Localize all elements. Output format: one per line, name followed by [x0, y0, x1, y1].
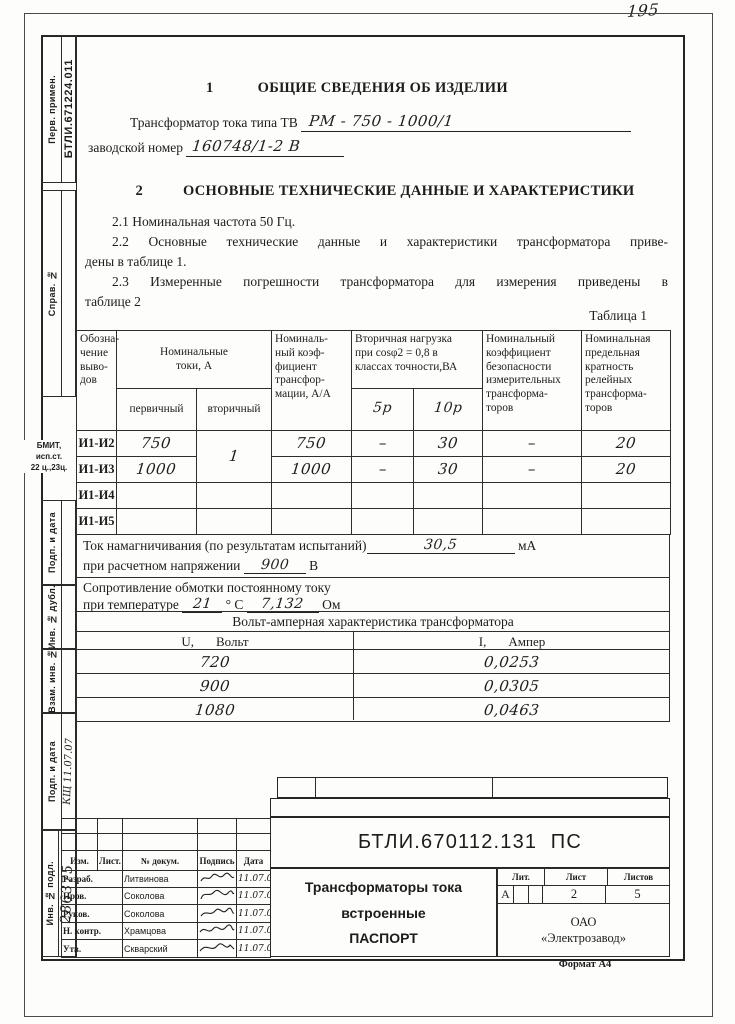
mult-cell: 20 — [582, 457, 671, 483]
va-i-unit: Ампер — [508, 634, 545, 649]
role-cell: Утв. — [62, 940, 123, 958]
load10-cell: 30 — [414, 457, 483, 483]
table1-header-ratio: Номиналь- ный коэф- фициент трансфор- ма… — [272, 331, 352, 431]
col-list: Лист. — [98, 851, 123, 871]
magnetization-line: Ток намагничивания (по результатам испыт… — [83, 537, 536, 554]
signature-cell — [198, 905, 237, 923]
table1-row-i1i5: И1-И5 — [77, 509, 671, 535]
va-row-i: 0,0463 — [353, 701, 671, 719]
stamp-podp-data-2-label-cell: Подп. и дата — [42, 714, 62, 829]
stamp-sprav-label-cell: Справ. № — [42, 191, 62, 396]
empty-cell — [98, 834, 123, 851]
signature-table: Изм. Лист. № докум. Подпись Дата Разраб.… — [61, 818, 271, 958]
divider-line — [77, 649, 669, 650]
va-row-u: 900 — [77, 677, 353, 695]
empty-cell — [198, 834, 237, 851]
stamp-podp-data-2: Подп. и дата КЩ 11.07.07 — [41, 713, 76, 830]
stamp-inv-dubl-value-cell — [62, 586, 75, 648]
section2-number: 2 — [135, 183, 143, 199]
divider-line — [77, 577, 669, 578]
voltage-underline: 900 — [244, 557, 306, 574]
safety-cell — [483, 483, 582, 509]
secondary-cell — [197, 483, 272, 509]
magnetization-value: 30,5 — [423, 537, 458, 553]
va-row-u: 1080 — [77, 701, 353, 719]
resistance-title-line: Сопротивление обмотки постоянному току — [83, 580, 331, 596]
serial-label: заводской номер — [88, 140, 183, 155]
va-u-unit: Вольт — [216, 634, 249, 649]
load10-cell — [414, 483, 483, 509]
date-cell: 11.07.07 — [237, 905, 271, 923]
type-value-handwritten: РМ - 750 - 1000/1 — [308, 112, 455, 131]
load10-cell: 30 — [414, 431, 483, 457]
table1-header-terminals: Обозна- чение выво- дов — [77, 331, 117, 431]
strip-cell — [493, 778, 667, 797]
divider-line — [77, 673, 669, 674]
section1-title: ОБЩИЕ СВЕДЕНИЯ ОБ ИЗДЕЛИИ — [258, 80, 508, 96]
para-2-3-line1: 2.3 Измеренные погрешности трансформатор… — [112, 272, 668, 291]
type-label: Трансформатор тока типа ТВ — [130, 115, 298, 130]
stamp-podp-data-1: Подп. и дата — [41, 500, 76, 585]
lit-value-row: А 2 5 — [497, 886, 670, 904]
signature-row: Пров. Соколова 11.07.07 — [62, 888, 271, 905]
para-2-2-line2: дены в таблице 1. — [85, 252, 187, 271]
table1-row-i1i3: И1-И3 1000 1000 – 30 – 20 — [77, 457, 671, 483]
titleblock-thin-row — [270, 798, 670, 817]
resistance-value: 7,132 — [261, 596, 305, 612]
section1-heading: 1ОБЩИЕ СВЕДЕНИЯ ОБ ИЗДЕЛИИ — [77, 80, 637, 97]
table1-header-load10-handwritten: 10р — [414, 389, 483, 431]
signature-icon — [199, 942, 235, 954]
section2-heading: 2ОСНОВНЫЕ ТЕХНИЧЕСКИЕ ДАННЫЕ И ХАРАКТЕРИ… — [90, 183, 680, 200]
podp-data-1-label: Подп. и дата — [47, 512, 57, 573]
ratio-cell — [272, 509, 352, 535]
safety-cell: – — [483, 431, 582, 457]
col-izm: Изм. — [62, 851, 98, 871]
section1-number: 1 — [206, 80, 214, 96]
name-cell: Скварский — [123, 940, 198, 958]
date-cell: 11.07.07 — [237, 871, 271, 888]
primary-cell: 1000 — [117, 457, 197, 483]
secondary-cell: 1 — [197, 431, 272, 483]
table1-header-load: Вторичная нагрузка при cosφ2 = 0,8 в кла… — [352, 331, 483, 389]
empty-cell — [237, 834, 271, 851]
magnetization-label: Ток намагничивания (по результатам испыт… — [83, 538, 367, 553]
empty-cell — [198, 819, 237, 834]
perv-primen-value: БТЛИ.671224.011 — [63, 59, 75, 158]
listov-header: Листов — [608, 869, 669, 885]
stamp-podp-data-1-label-cell: Подп. и дата — [42, 501, 62, 584]
stamp-vzam-inv-label-cell: Взам. инв. № — [42, 650, 62, 712]
mult-cell — [582, 509, 671, 535]
para-2-2-line1: 2.2 Основные технические данные и характ… — [112, 232, 668, 251]
stamp-podp-data-2-value-cell: КЩ 11.07.07 — [62, 714, 75, 829]
product-name-cell: Трансформаторы тока встроенные ПАСПОРТ — [270, 868, 497, 957]
load5-cell — [352, 509, 414, 535]
empty-cell — [123, 834, 198, 851]
table1-header-currents: Номинальные токи, А — [117, 331, 272, 389]
mult-cell — [582, 483, 671, 509]
stamp-inv-dubl: Инв. № дубл. — [41, 585, 76, 649]
signature-icon — [199, 889, 235, 901]
date-cell: 11.07.07 — [237, 923, 271, 940]
stamp-perv-primen-label-cell: Перв. примен. — [42, 36, 62, 182]
signature-row: Н. контр. Храмцова 11.07.07 — [62, 923, 271, 940]
doc-number-cell: БТЛИ.670112.131 ПС — [270, 817, 670, 868]
podp-data-2-label: Подп. и дата — [47, 741, 57, 802]
serial-value-underline: 160748/1-2 В — [186, 137, 344, 157]
table1-header-safety: Номинальный коэффициент безопасности изм… — [483, 331, 582, 431]
empty-cell — [237, 819, 271, 834]
stamp-sprav-value-cell — [62, 191, 75, 396]
empty-cell — [123, 819, 198, 834]
signature-icon — [199, 872, 235, 884]
signature-row: Утв. Скварский 11.07.07 — [62, 940, 271, 958]
va-title: Вольт-амперная характеристика трансформа… — [77, 614, 669, 630]
product-line3: ПАСПОРТ — [349, 930, 418, 946]
org-line1: ОАО — [571, 914, 597, 930]
table1-row-i1i2: И1-И2 750 1 750 – 30 – 20 — [77, 431, 671, 457]
product-line2: встроенные — [341, 905, 425, 921]
col-sign: Подпись — [198, 851, 237, 871]
table1-header-mult: Номинальная предельная кратность релейны… — [582, 331, 671, 431]
stamp-vzam-inv-value-cell — [62, 650, 75, 712]
mult-cell: 20 — [582, 431, 671, 457]
strip-cell — [316, 778, 493, 797]
lit-header: Лит. — [498, 869, 545, 885]
magnetization-unit: мА — [518, 538, 536, 553]
va-row-u: 720 — [77, 653, 353, 671]
sprav-label: Справ. № — [47, 270, 57, 316]
role-cell: Руков. — [62, 905, 123, 923]
temp-value: 21 — [192, 596, 213, 612]
ratio-cell — [272, 483, 352, 509]
name-cell: Литвинова — [123, 871, 198, 888]
stamp-perv-primen: Перв. примен. БТЛИ.671224.011 — [41, 35, 76, 183]
terminal-cell: И1-И3 — [77, 457, 117, 483]
magnetization-underline: 30,5 — [367, 537, 515, 554]
signature-cell — [198, 888, 237, 905]
terminal-cell: И1-И2 — [77, 431, 117, 457]
signature-icon — [199, 907, 235, 919]
empty-cell — [98, 819, 123, 834]
table1-caption: Таблица 1 — [77, 306, 647, 325]
titleblock-top-strip — [277, 777, 668, 798]
load5-cell: – — [352, 457, 414, 483]
para-2-1: 2.1 Номинальная частота 50 Гц. — [112, 212, 295, 231]
divider-line — [77, 631, 669, 632]
podp-data-2-handwritten: КЩ 11.07.07 — [62, 738, 75, 805]
col-doc: № докум. — [123, 851, 198, 871]
ratio-cell: 1000 — [272, 457, 352, 483]
date-cell: 11.07.07 — [237, 940, 271, 958]
secondary-cell — [197, 509, 272, 535]
section2-title: ОСНОВНЫЕ ТЕХНИЧЕСКИЕ ДАННЫЕ И ХАРАКТЕРИС… — [183, 183, 634, 199]
empty-cell — [62, 834, 98, 851]
transformer-type-line: Трансформатор тока типа ТВ РМ - 750 - 10… — [130, 112, 631, 132]
signature-icon — [199, 924, 235, 936]
primary-cell — [117, 483, 197, 509]
date-cell: 11.07.07 — [237, 888, 271, 905]
name-cell: Соколова — [123, 888, 198, 905]
lit-value: А — [498, 886, 514, 903]
role-cell: Разраб. — [62, 871, 123, 888]
safety-cell — [483, 509, 582, 535]
stamp-inv-dubl-label-cell: Инв. № дубл. — [42, 586, 62, 648]
terminal-cell: И1-И5 — [77, 509, 117, 535]
lit-header-row: Лит. Лист Листов — [497, 868, 670, 886]
lit-value-3 — [529, 886, 543, 903]
listov-value: 5 — [606, 886, 669, 903]
role-cell: Пров. — [62, 888, 123, 905]
table1-header-primary: первичный — [117, 389, 197, 431]
stamp-vzam-inv: Взам. инв. № — [41, 649, 76, 713]
strip-cell — [278, 778, 316, 797]
va-header-u: U,Вольт — [77, 634, 353, 650]
divider-line — [77, 611, 669, 612]
inv-podl-label: Инв. № подл. — [45, 861, 55, 926]
voltage-label: при расчетном напряжении — [83, 558, 240, 573]
voltage-unit: В — [309, 558, 318, 573]
format-note: Формат А4 — [500, 959, 670, 970]
load10-cell — [414, 509, 483, 535]
va-i-label: I, — [479, 634, 487, 649]
voltage-value: 900 — [260, 557, 290, 573]
document-page: 195 Перв. примен. БТЛИ.671224.011 Справ.… — [0, 0, 735, 1024]
va-header-i: I,Ампер — [353, 634, 671, 650]
table1: Обозна- чение выво- дов Номинальные токи… — [76, 330, 671, 535]
signature-cell — [198, 940, 237, 958]
list-header: Лист — [545, 869, 608, 885]
lit-value-2 — [514, 886, 529, 903]
va-row-i: 0,0253 — [353, 653, 671, 671]
org-line2: «Электрозавод» — [541, 930, 626, 946]
terminal-cell: И1-И4 — [77, 483, 117, 509]
change-row — [62, 819, 271, 834]
type-value-underline: РМ - 750 - 1000/1 — [301, 112, 631, 132]
empty-cell — [62, 819, 98, 834]
va-row-i: 0,0305 — [353, 677, 671, 695]
vzam-inv-label: Взам. инв. № — [47, 649, 57, 713]
stamp-sprav: Справ. № — [41, 190, 76, 397]
voltage-line: при расчетном напряжении 900 В — [83, 557, 318, 574]
stamp-inv-podl-label-cell: Инв. № подл. — [42, 831, 59, 956]
stamp-perv-primen-value-cell: БТЛИ.671224.011 — [62, 36, 75, 182]
load5-cell: – — [352, 431, 414, 457]
signature-cell — [198, 871, 237, 888]
role-cell: Н. контр. — [62, 923, 123, 940]
va-u-label: U, — [181, 634, 194, 649]
list-value: 2 — [543, 886, 606, 903]
col-date: Дата — [237, 851, 271, 871]
margin-note: БМИТ, исп.ст. 22 ц.,23ц. — [23, 440, 75, 473]
signature-header-row: Изм. Лист. № докум. Подпись Дата — [62, 851, 271, 871]
primary-cell: 750 — [117, 431, 197, 457]
table1-row-i1i4: И1-И4 — [77, 483, 671, 509]
serial-value-handwritten: 160748/1-2 В — [191, 137, 301, 156]
signature-cell — [198, 923, 237, 940]
load5-cell — [352, 483, 414, 509]
signature-row: Разраб. Литвинова 11.07.07 — [62, 871, 271, 888]
measurements-box: Ток намагничивания (по результатам испыт… — [76, 534, 670, 722]
change-row — [62, 834, 271, 851]
inv-dubl-label: Инв. № дубл. — [47, 585, 57, 649]
primary-cell — [117, 509, 197, 535]
perv-primen-label: Перв. примен. — [47, 75, 57, 144]
organization-cell: ОАО «Электрозавод» — [497, 904, 670, 957]
table1-header-secondary: вторичный — [197, 389, 272, 431]
serial-number-line: заводской номер 160748/1-2 В — [88, 137, 344, 157]
product-line1: Трансформаторы тока — [305, 879, 462, 895]
table1-header-load5-handwritten: 5р — [352, 389, 414, 431]
safety-cell: – — [483, 457, 582, 483]
signature-row: Руков. Соколова 11.07.07 — [62, 905, 271, 923]
ratio-cell: 750 — [272, 431, 352, 457]
divider-line — [77, 697, 669, 698]
name-cell: Соколова — [123, 905, 198, 923]
name-cell: Храмцова — [123, 923, 198, 940]
stamp-podp-data-1-value-cell — [62, 501, 75, 584]
